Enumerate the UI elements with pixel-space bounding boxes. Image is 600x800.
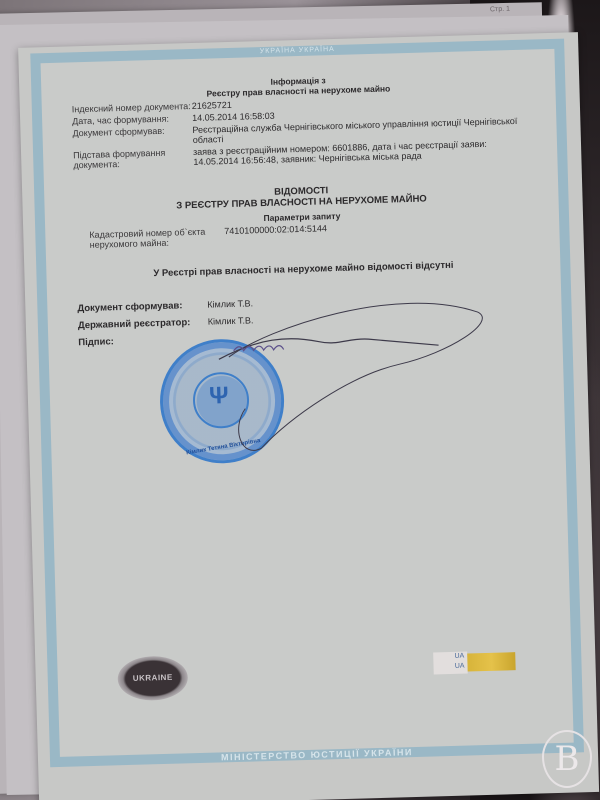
field-label: Дата, час формування: [72, 113, 192, 126]
field-label: Індексний номер документа: [72, 101, 192, 114]
document-content: Інформація з Реєстру прав власності на н… [71, 70, 532, 349]
field-label: Документ сформував: [72, 125, 193, 148]
security-stickers: UA UA [433, 650, 516, 674]
official-stamp: Ψ Кімлик Тетяна Вікторівна [158, 338, 285, 465]
page-number-label: Стр. 1 [490, 6, 510, 14]
gold-hologram-sticker [467, 652, 515, 671]
absent-notice: У Реєстрі прав власності на нерухоме май… [76, 258, 530, 282]
trident-icon: Ψ [209, 382, 230, 411]
signers-block: Документ сформував: Кімлик Т.В. Державни… [77, 291, 532, 349]
signer-value: Кімлик Т.В. [208, 315, 254, 327]
document-frame: УКРАЇНА УКРАЇНА МІНІСТЕРСТВО ЮСТИЦІЇ УКР… [30, 39, 584, 768]
stamp-name: Кімлик Тетяна Вікторівна [171, 435, 277, 459]
frame-bottom-band: МІНІСТЕРСТВО ЮСТИЦІЇ УКРАЇНИ [60, 743, 574, 767]
cadastral-label: Кадастровий номер об`єкта нерухомого май… [75, 226, 225, 250]
signer-label: Державний реєстратор: [78, 317, 208, 332]
signer-value: Кімлик Т.В. [207, 298, 253, 310]
registry-document: УКРАЇНА УКРАЇНА МІНІСТЕРСТВО ЮСТИЦІЇ УКР… [18, 32, 599, 800]
ukraine-hologram: UKRAINE [117, 655, 188, 701]
field-label: Підстава формування документа: [73, 147, 194, 170]
ua-sticker: UA UA [433, 652, 468, 675]
signer-label: Документ сформував: [77, 300, 207, 315]
sticker-text: UA [433, 662, 464, 673]
signer-label: Підпис: [78, 334, 208, 349]
